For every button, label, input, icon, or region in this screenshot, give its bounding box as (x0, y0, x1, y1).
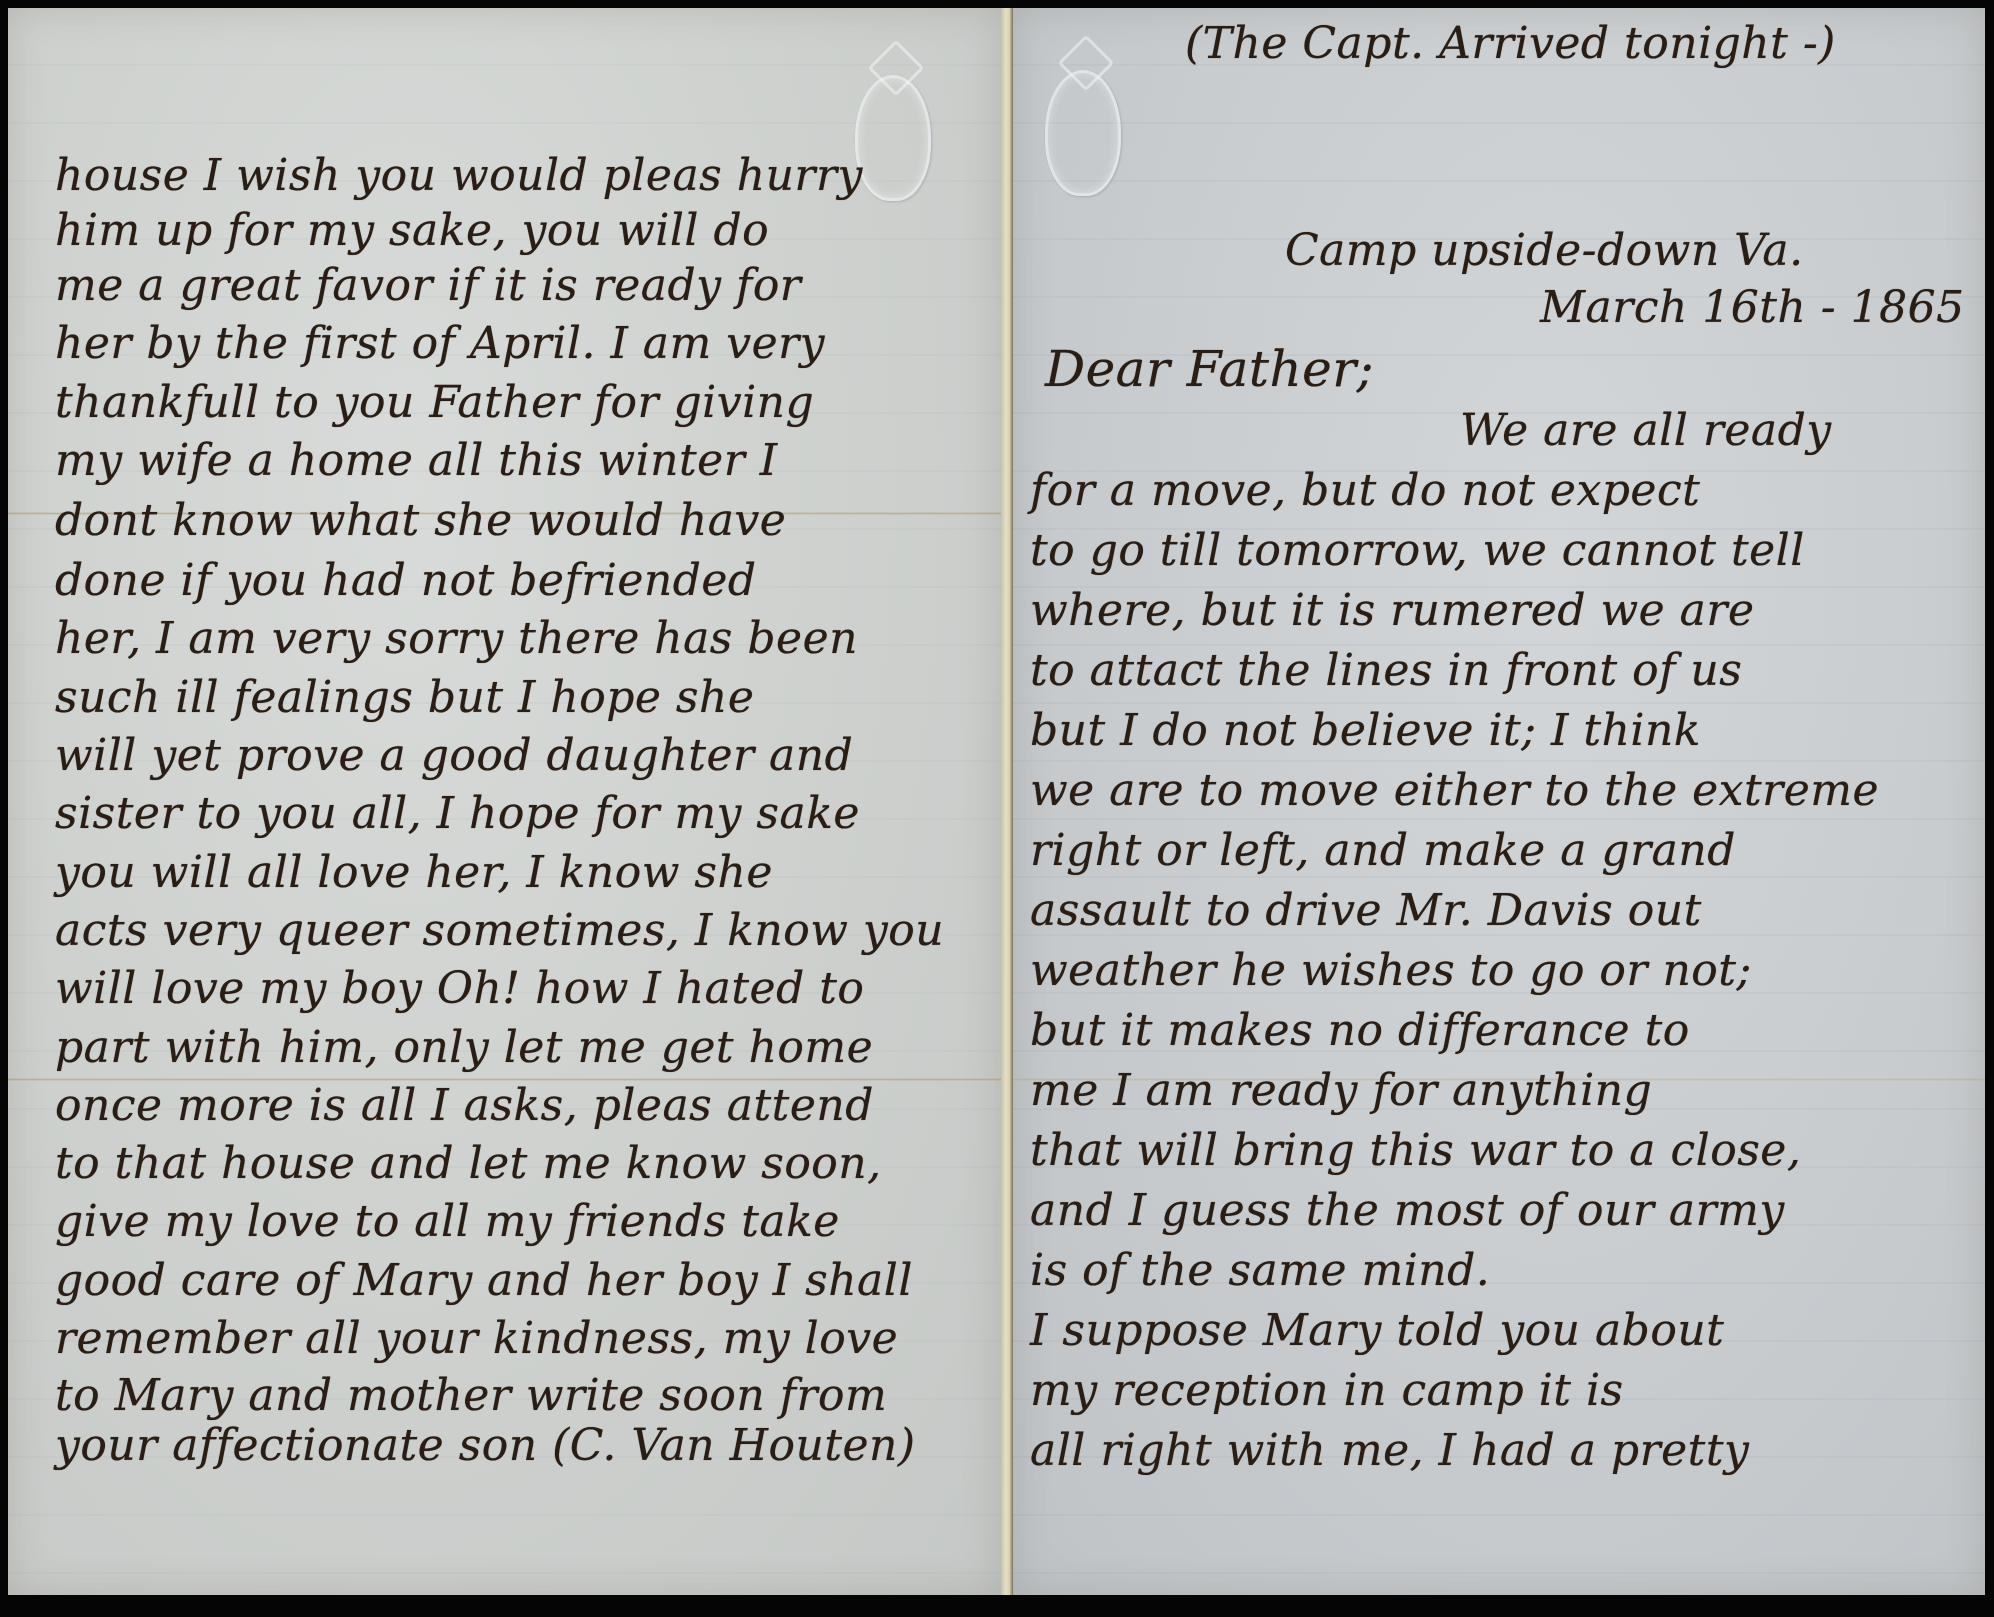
letter-line: all right with me, I had a pretty (1030, 1425, 1749, 1476)
letter-line: that will bring this war to a close, (1030, 1125, 1801, 1176)
letter-line: part with him, only let me get home (55, 1022, 873, 1073)
letter-line: once more is all I asks, pleas attend (55, 1080, 874, 1131)
letter-line: and I guess the most of our army (1030, 1185, 1785, 1236)
letter-line: where, but it is rumered we are (1030, 585, 1754, 636)
letter-line: him up for my sake, you will do (55, 205, 769, 256)
letter-line: to go till tomorrow, we cannot tell (1030, 525, 1805, 576)
letter-line: we are to move either to the extreme (1030, 765, 1879, 816)
letter-line: her by the first of April. I am very (55, 318, 825, 369)
letter-line: We are all ready (1460, 405, 1832, 456)
letter-line: you will all love her, I know she (55, 847, 773, 898)
letter-line: thankfull to you Father for giving (55, 377, 814, 428)
letter-line: remember all your kindness, my love (55, 1313, 898, 1364)
letter-location: Camp upside-down Va. (1285, 225, 1804, 276)
letter-scan: house I wish you would pleas hurry him u… (0, 0, 1994, 1617)
letter-line: assault to drive Mr. Davis out (1030, 885, 1702, 936)
letter-line: my reception in camp it is (1030, 1365, 1624, 1416)
letter-line: her, I am very sorry there has been (55, 613, 858, 664)
center-fold (1001, 8, 1013, 1595)
letter-line: my wife a home all this winter I (55, 435, 778, 486)
letter-line: will love my boy Oh! how I hated to (55, 963, 864, 1014)
letter-date: March 16th - 1865 (1540, 282, 1965, 333)
letter-line: right or left, and make a grand (1030, 825, 1736, 876)
letter-line: is of the same mind. (1030, 1245, 1490, 1296)
letter-line: me a great favor if it is ready for (55, 260, 801, 311)
embossed-seal-icon (1045, 70, 1121, 196)
letter-line: sister to you all, I hope for my sake (55, 788, 860, 839)
letter-line: weather he wishes to go or not; (1030, 945, 1752, 996)
letter-line: done if you had not befriended (55, 555, 757, 606)
salutation: Dear Father; (1045, 340, 1374, 398)
letter-line: will yet prove a good daughter and (55, 730, 853, 781)
letter-line: to Mary and mother write soon from (55, 1370, 887, 1421)
letter-line: for a move, but do not expect (1030, 465, 1700, 516)
postscript-header: (The Capt. Arrived tonight -) (1185, 18, 1836, 69)
letter-line: good care of Mary and her boy I shall (55, 1255, 913, 1306)
signature-line: your affectionate son (C. Van Houten) (55, 1420, 916, 1471)
letter-line: to that house and let me know soon, (55, 1138, 882, 1189)
letter-line: such ill fealings but I hope she (55, 672, 754, 723)
letter-line: I suppose Mary told you about (1030, 1305, 1724, 1356)
embossed-seal-icon (855, 75, 931, 201)
letter-line: me I am ready for anything (1030, 1065, 1652, 1116)
letter-line: give my love to all my friends take (55, 1196, 840, 1247)
letter-line: but I do not believe it; I think (1030, 705, 1701, 756)
letter-line: but it makes no differance to (1030, 1005, 1690, 1056)
letter-line: dont know what she would have (55, 495, 786, 546)
letter-line: house I wish you would pleas hurry (55, 150, 863, 201)
letter-line: to attact the lines in front of us (1030, 645, 1742, 696)
letter-line: acts very queer sometimes, I know you (55, 905, 944, 956)
